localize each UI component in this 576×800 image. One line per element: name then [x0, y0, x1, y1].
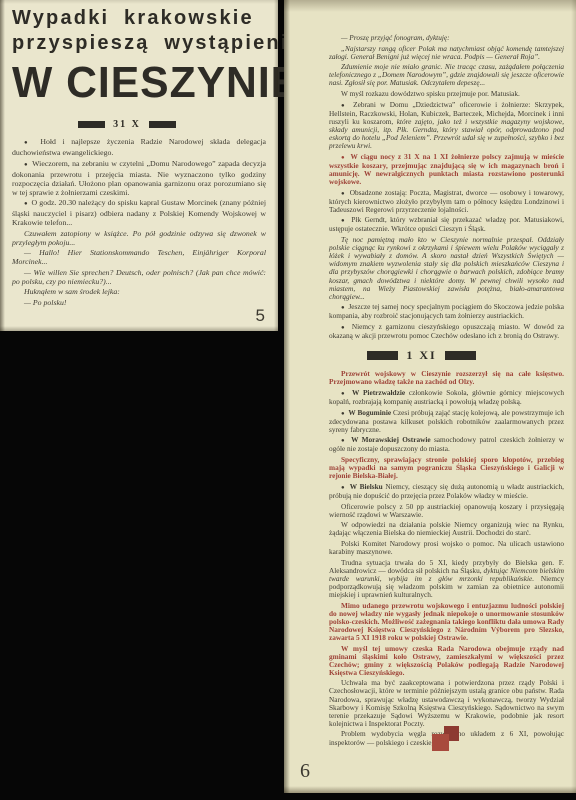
paragraph: ● Obsadzone zostają: Poczta, Magistrat, …	[329, 189, 564, 214]
paragraph: Mimo udanego przewrotu wojskowego i entu…	[329, 602, 564, 642]
text-segment: Płk Gerndt, który wzbraniał się przekaza…	[329, 215, 564, 233]
red-squares-ornament-icon	[432, 726, 462, 753]
bullet-icon: ●	[24, 140, 38, 146]
section-marker-label: 1 XI	[398, 348, 444, 363]
paragraph: ● Zebrani w Domu „Dziedzictwa” oficerowi…	[329, 101, 564, 151]
right-body-top: — Proszę przyjąć fonogram, dyktuję:„Najs…	[329, 34, 564, 340]
bullet-icon: ●	[24, 162, 30, 168]
paragraph: Tę noc pamiętną mało kto w Cieszynie nor…	[329, 236, 564, 301]
paragraph: ● Hołd i najlepsze życzenia Radzie Narod…	[12, 137, 266, 157]
paragraph: Specyficzny, sprawiający stronie polskie…	[329, 456, 564, 480]
headline-line-3: W CIESZYNIE	[12, 59, 258, 107]
section-marker-31x: 31 X	[0, 119, 254, 130]
marker-bar-icon	[78, 121, 105, 128]
text-segment: „Najstarszy rangą oficer Polak ma natych…	[329, 44, 564, 61]
section-marker-1xi: 1 XI	[304, 348, 539, 363]
left-body-text: ● Hołd i najlepsze życzenia Radzie Narod…	[12, 137, 266, 307]
paragraph: Trudna sytuacja trwała do 5 XI, kiedy pr…	[329, 559, 564, 599]
paragraph: ● W Boguminie Czesi próbują zająć stację…	[329, 409, 564, 434]
paragraph: — Hallo! Hier Stationskommando Teschen, …	[12, 248, 266, 266]
paragraph: ● Niemcy z garnizonu cieszyńskiego opusz…	[329, 323, 564, 340]
text-segment: Mimo udanego przewrotu wojskowego i entu…	[329, 601, 564, 642]
paragraph: ● Jeszcze tej samej nocy specjalnym poci…	[329, 303, 564, 320]
text-segment: Hołd i najlepsze życzenia Radzie Narodow…	[12, 137, 266, 157]
bullet-icon: ●	[341, 305, 346, 311]
text-segment: — Wie willen Sie sprechen? Deutsch, oder…	[12, 268, 266, 286]
bullet-icon: ●	[341, 155, 348, 161]
paragraph: W myśl rozkazu dowództwo spisku przejmuj…	[329, 90, 564, 98]
red-square-front-icon	[432, 734, 449, 751]
paragraph: W myśl tej umowy czeska Rada Narodowa ob…	[329, 645, 564, 677]
text-segment: Zdumienie moje nie miało granic. Nie tra…	[329, 62, 564, 87]
right-body-bottom: Przewrót wojskowy w Cieszynie rozszerzył…	[329, 370, 564, 746]
paragraph: Zdumienie moje nie miało granic. Nie tra…	[329, 63, 564, 87]
paragraph: — Wie willen Sie sprechen? Deutsch, oder…	[12, 268, 266, 286]
text-segment: Obsadzone zostają: Poczta, Magistrat, dw…	[329, 188, 564, 214]
text-segment: Uchwała ma być zaakceptowana i potwierdz…	[329, 678, 564, 727]
paragraph: „Najstarszy rangą oficer Polak ma natych…	[329, 45, 564, 61]
bullet-icon: ●	[341, 391, 350, 397]
bullet-icon: ●	[341, 411, 346, 417]
text-segment: — Po polsku!	[24, 298, 66, 307]
paragraph: — Po polsku!	[12, 298, 266, 307]
text-segment: W myśl tej umowy czeska Rada Narodowa ob…	[329, 644, 564, 677]
bullet-icon: ●	[341, 485, 348, 491]
text-segment: — Proszę przyjąć fonogram, dyktuję:	[341, 33, 450, 42]
page-number-5: 5	[256, 306, 265, 326]
paragraph: ● O godz. 20.30 należący do spisku kapra…	[12, 198, 266, 227]
text-segment: Czuwałem zatopiony w książce. Po pół god…	[12, 229, 266, 247]
section-marker-label: 31 X	[105, 119, 149, 130]
marker-bar-icon	[445, 351, 476, 360]
paragraph: ● W ciągu nocy z 31 X na 1 XI żołnierze …	[329, 153, 564, 186]
text-segment: Huknąłem w sam środek lejka:	[24, 287, 120, 296]
headline-line-2: przyspieszą wystąpienie	[12, 31, 266, 56]
text-segment: W odpowiedzi na działania polskie Niemcy…	[329, 520, 564, 537]
text-segment: Tę noc pamiętną mało kto w Cieszynie nor…	[329, 235, 564, 301]
bullet-icon: ●	[341, 325, 350, 331]
paragraph: ● W Morawskiej Ostrawie samochodowy patr…	[329, 436, 564, 453]
text-segment: Specyficzny, sprawiający stronie polskie…	[329, 455, 564, 480]
headline: Wypadki krakowskie przyspieszą wystąpien…	[12, 6, 266, 107]
text-segment: W Boguminie	[348, 408, 391, 417]
marker-bar-icon	[367, 351, 398, 360]
paragraph: ● W Pietrzwałdzie członkowie Sokoła, głó…	[329, 389, 564, 406]
text-segment: W myśl rozkazu dowództwo spisku przejmuj…	[341, 89, 520, 98]
bullet-icon: ●	[24, 201, 30, 207]
text-segment: W Bielsku	[350, 482, 383, 491]
page-number-6: 6	[300, 760, 310, 783]
paragraph: Uchwała ma być zaakceptowana i potwierdz…	[329, 679, 564, 728]
paragraph: — Proszę przyjąć fonogram, dyktuję:	[329, 34, 564, 42]
text-segment: O godz. 20.30 należący do spisku kapral …	[12, 198, 266, 227]
headline-line-1: Wypadki krakowskie	[12, 6, 266, 31]
paragraph: Czuwałem zatopiony w książce. Po pół god…	[12, 229, 266, 247]
scanned-spread: Wypadki krakowskie przyspieszą wystąpien…	[0, 0, 576, 800]
paragraph: Oficerowie polscy z 50 pp austriackiej o…	[329, 503, 564, 519]
paragraph: ● W Bielsku Niemcy, cieszący się dużą au…	[329, 483, 564, 500]
text-segment: Jeszcze tej samej nocy specjalnym pociąg…	[329, 302, 564, 320]
text-segment: W Morawskiej Ostrawie	[351, 435, 430, 444]
paragraph: W odpowiedzi na działania polskie Niemcy…	[329, 521, 564, 537]
paragraph: ● Wieczorem, na zebraniu w czytelni „Dom…	[12, 159, 266, 197]
paragraph: Przewrót wojskowy w Cieszynie rozszerzył…	[329, 370, 564, 386]
left-clipping: Wypadki krakowskie przyspieszą wystąpien…	[0, 0, 278, 331]
text-segment: W ciągu nocy z 31 X na 1 XI żołnierze po…	[329, 152, 564, 186]
bullet-icon: ●	[341, 438, 349, 444]
paragraph: Polski Komitet Narodowy prosi wojsko o p…	[329, 540, 564, 556]
paragraph: ● Płk Gerndt, który wzbraniał się przeka…	[329, 216, 564, 233]
text-segment: Niemcy z garnizonu cieszyńskiego opuszcz…	[329, 322, 564, 340]
text-segment: W Pietrzwałdzie	[352, 388, 405, 397]
text-segment: Przewrót wojskowy w Cieszynie rozszerzył…	[329, 369, 564, 386]
paragraph: Huknąłem w sam środek lejka:	[12, 287, 266, 296]
marker-bar-icon	[149, 121, 176, 128]
text-segment: Wieczorem, na zebraniu w czytelni „Domu …	[12, 159, 266, 197]
right-page: — Proszę przyjąć fonogram, dyktuję:„Najs…	[284, 0, 576, 793]
text-segment: Oficerowie polscy z 50 pp austriackiej o…	[329, 502, 564, 519]
text-segment: Polski Komitet Narodowy prosi wojsko o p…	[329, 539, 564, 556]
bullet-icon: ●	[341, 103, 351, 109]
bullet-icon: ●	[341, 191, 348, 197]
text-segment: — Hallo! Hier Stationskommando Teschen, …	[12, 248, 266, 266]
